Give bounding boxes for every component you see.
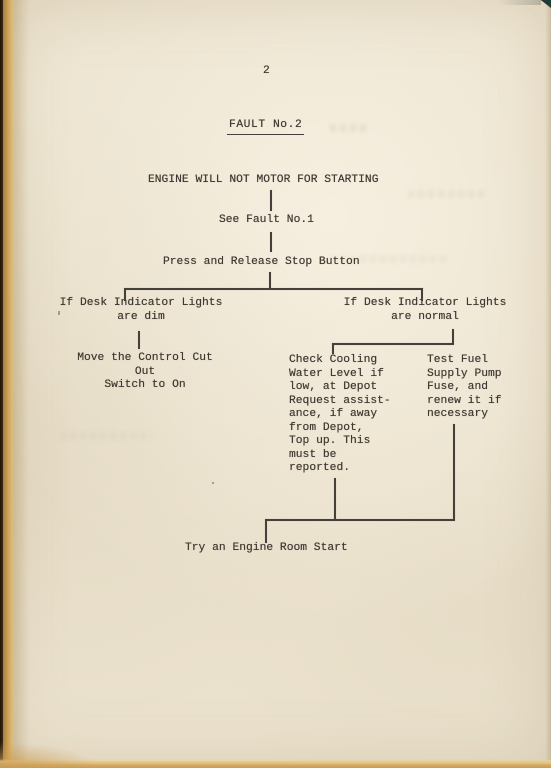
connector-fuse-to-merge <box>453 424 455 521</box>
connector-sub-branch-bar <box>332 343 454 345</box>
connector-merge-bar <box>265 519 455 521</box>
connector-main-branch-bar <box>124 288 423 290</box>
connector-branch-left-drop <box>124 288 126 301</box>
connector-normal-to-subbranch <box>452 329 454 344</box>
page-number: 2 <box>263 65 270 79</box>
node-press-stop-button: Press and Release Stop Button <box>163 256 360 270</box>
node-final-engine-room-start: Try an Engine Room Start <box>185 542 348 556</box>
node-root-fault: ENGINE WILL NOT MOTOR FOR STARTING <box>148 174 379 188</box>
ink-speck <box>212 482 214 484</box>
top-right-corner-haze <box>499 0 541 5</box>
node-condition-lights-normal: If Desk Indicator Lights are normal <box>343 297 507 324</box>
bottom-left-corner-shade <box>0 742 100 768</box>
scanned-page: 2 FAULT No.2 ENGINE WILL NOT MOTOR FOR S… <box>0 0 551 768</box>
connector-water-to-merge <box>334 478 336 521</box>
node-action-control-cut-out: Move the Control Cut Out Switch to On <box>65 352 225 393</box>
connector-merge-to-final <box>265 519 267 543</box>
fault-heading: FAULT No.2 <box>227 119 304 135</box>
node-action-check-cooling-water: Check Cooling Water Level if low, at Dep… <box>289 354 391 476</box>
node-action-test-fuel-fuse: Test Fuel Supply Pump Fuse, and renew it… <box>427 354 502 422</box>
left-binding-shadow <box>13 0 29 768</box>
right-page-edge <box>545 0 551 768</box>
bleed-through-smudge <box>408 190 484 198</box>
connector-subbranch-left-drop <box>332 343 334 354</box>
bleed-through-smudge <box>330 124 370 132</box>
node-condition-lights-dim: If Desk Indicator Lights are dim <box>58 297 224 324</box>
connector-branch-right-drop <box>421 288 423 301</box>
left-binding-strip <box>3 0 13 768</box>
connector-dim-to-action <box>138 331 140 349</box>
connector-root-to-see-fault <box>270 190 272 211</box>
node-see-fault-1: See Fault No.1 <box>219 214 314 228</box>
bleed-through-smudge <box>60 432 152 440</box>
connector-see-fault-to-press <box>270 232 272 252</box>
connector-press-to-branch <box>269 272 271 288</box>
